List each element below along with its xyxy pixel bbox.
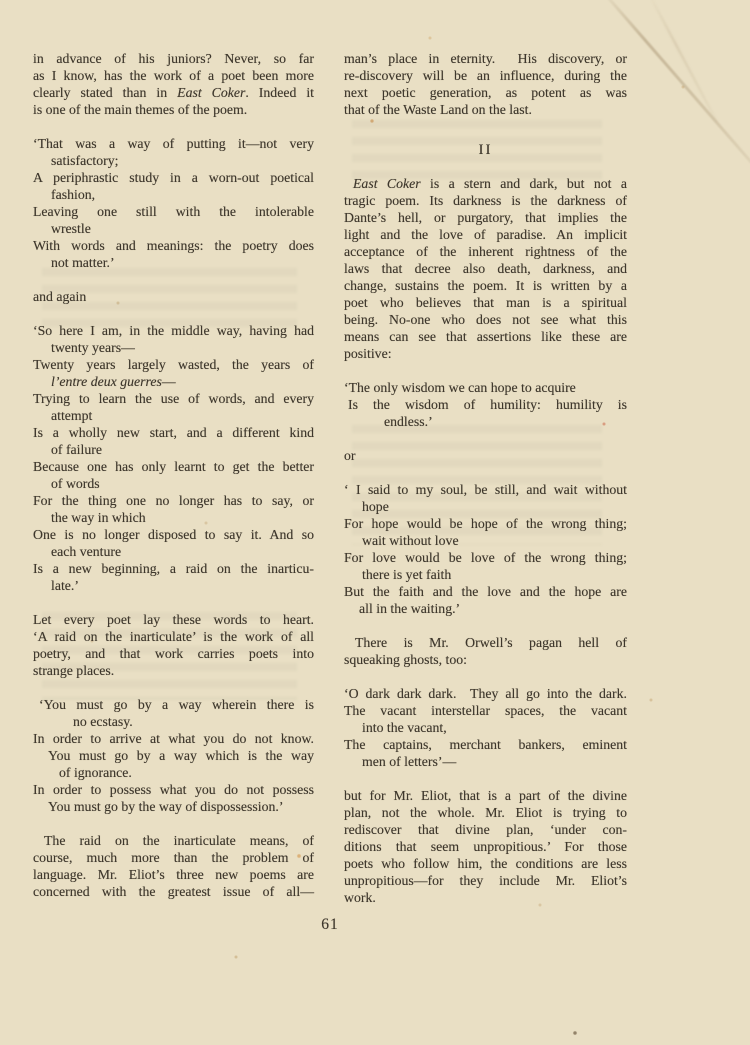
text-line: is one of the main themes of the poem. xyxy=(33,101,314,118)
text-line: late.’ xyxy=(33,577,314,594)
verse-quote: ‘You must go by a way wherein there isno… xyxy=(33,696,314,815)
text-line: all in the waiting.’ xyxy=(344,600,627,617)
page-number: 61 xyxy=(33,916,627,934)
text-line: In order to possess what you do not poss… xyxy=(33,781,314,798)
text-line: East Coker is a stern and dark, but not … xyxy=(344,175,627,192)
text-line: But the faith and the love and the hope … xyxy=(344,583,627,600)
text-line: endless.’ xyxy=(344,413,627,430)
text-line: Twenty years largely wasted, the years o… xyxy=(33,356,314,373)
verse-quote: ‘That was a way of putting it—not verysa… xyxy=(33,135,314,271)
text-line: no ecstasy. xyxy=(33,713,314,730)
paper-crease-secondary xyxy=(646,0,718,123)
text-line: clearly stated than in East Coker. Indee… xyxy=(33,84,314,101)
text-line: plan, not the whole. Mr. Eliot is trying… xyxy=(344,804,627,821)
text-line: Because one has only learnt to get the b… xyxy=(33,458,314,475)
text-line: means can see that assertions like these… xyxy=(344,328,627,345)
verse-quote: ‘So here I am, in the middle way, having… xyxy=(33,322,314,594)
text-line: For hope would be hope of the wrong thin… xyxy=(344,515,627,532)
text-line: A periphrastic study in a worn-out poeti… xyxy=(33,169,314,186)
text-line: For love would be love of the wrong thin… xyxy=(344,549,627,566)
text-line: poets who follow him, the conditions are… xyxy=(344,855,627,872)
text-line: Leaving one still with the intolerable xyxy=(33,203,314,220)
paragraph: man’s place in eternity. His discovery, … xyxy=(344,50,627,118)
text-line: poet who believes that man is a spiritua… xyxy=(344,294,627,311)
text-line: in advance of his juniors? Never, so far xyxy=(33,50,314,67)
text-line: One is no longer disposed to say it. And… xyxy=(33,526,314,543)
text-line: Let every poet lay these words to heart. xyxy=(33,611,314,628)
column-left: in advance of his juniors? Never, so far… xyxy=(33,50,314,900)
text-line: acceptance of the inherent rightness of … xyxy=(344,243,627,260)
text-line: ‘That was a way of putting it—not very xyxy=(33,135,314,152)
book-page: in advance of his juniors? Never, so far… xyxy=(0,0,750,1045)
text-line: man’s place in eternity. His discovery, … xyxy=(344,50,627,67)
verse-quote: ‘ I said to my soul, be still, and wait … xyxy=(344,481,627,617)
text-line: ‘So here I am, in the middle way, having… xyxy=(33,322,314,339)
text-line: and again xyxy=(33,288,314,305)
paragraph: but for Mr. Eliot, that is a part of the… xyxy=(344,787,627,906)
text-line: attempt xyxy=(33,407,314,424)
text-line: Is a wholly new start, and a different k… xyxy=(33,424,314,441)
text-line: squeaking ghosts, too: xyxy=(344,651,627,668)
text-line: strange places. xyxy=(33,662,314,679)
text-line: II xyxy=(344,142,627,159)
paragraph: The raid on the inarticulate means, ofco… xyxy=(33,832,314,900)
section-heading: II xyxy=(344,142,627,159)
text-line: wait without love xyxy=(344,532,627,549)
text-line: ditions that seem unpropitious.’ For tho… xyxy=(344,838,627,855)
text-line: The captains, merchant bankers, eminent xyxy=(344,736,627,753)
column-right: man’s place in eternity. His discovery, … xyxy=(344,50,627,906)
text-line: Dante’s hell, or purgatory, that implies… xyxy=(344,209,627,226)
text-line: There is Mr. Orwell’s pagan hell of xyxy=(344,634,627,651)
text-line: laws that decree also death, darkness, a… xyxy=(344,260,627,277)
text-line: ‘ I said to my soul, be still, and wait … xyxy=(344,481,627,498)
text-line: change, sustains the poem. It is written… xyxy=(344,277,627,294)
text-line: concerned with the greatest issue of all… xyxy=(33,883,314,900)
verse-quote: ‘The only wisdom we can hope to acquireI… xyxy=(344,379,627,430)
text-line: there is yet faith xyxy=(344,566,627,583)
text-line: fashion, xyxy=(33,186,314,203)
text-line: Trying to learn the use of words, and ev… xyxy=(33,390,314,407)
text-line: ‘You must go by a way wherein there is xyxy=(33,696,314,713)
text-line: not matter.’ xyxy=(33,254,314,271)
text-line: but for Mr. Eliot, that is a part of the… xyxy=(344,787,627,804)
text-line: work. xyxy=(344,889,627,906)
text-line: the way in which xyxy=(33,509,314,526)
text-line: next poetic generation, as potent as was xyxy=(344,84,627,101)
text-line: of failure xyxy=(33,441,314,458)
text-line: course, much more than the problem of xyxy=(33,849,314,866)
text-line: being. No-one who does not see what this xyxy=(344,311,627,328)
text-line: In order to arrive at what you do not kn… xyxy=(33,730,314,747)
text-line: Is a new beginning, a raid on the inarti… xyxy=(33,560,314,577)
text-line: Is the wisdom of humility: humility is xyxy=(344,396,627,413)
text-line: poetry, and that work carries poets into xyxy=(33,645,314,662)
text-line: l’entre deux guerres— xyxy=(33,373,314,390)
text-line: of words xyxy=(33,475,314,492)
paragraph: There is Mr. Orwell’s pagan hell ofsquea… xyxy=(344,634,627,668)
text-line: positive: xyxy=(344,345,627,362)
text-line: ‘O dark dark dark. They all go into the … xyxy=(344,685,627,702)
text-line: satisfactory; xyxy=(33,152,314,169)
verse-quote: ‘O dark dark dark. They all go into the … xyxy=(344,685,627,770)
paragraph: in advance of his juniors? Never, so far… xyxy=(33,50,314,118)
text-line: For the thing one no longer has to say, … xyxy=(33,492,314,509)
connector-label: and again xyxy=(33,288,314,305)
paragraph: Let every poet lay these words to heart.… xyxy=(33,611,314,679)
text-line: unpropitious—for they include Mr. Eliot’… xyxy=(344,872,627,889)
paragraph: East Coker is a stern and dark, but not … xyxy=(344,175,627,362)
text-line: into the vacant, xyxy=(344,719,627,736)
text-line: men of letters’— xyxy=(344,753,627,770)
text-line: rediscover that divine plan, ‘under con- xyxy=(344,821,627,838)
text-line: each venture xyxy=(33,543,314,560)
text-line: language. Mr. Eliot’s three new poems ar… xyxy=(33,866,314,883)
text-line: tragic poem. Its darkness is the darknes… xyxy=(344,192,627,209)
text-line: that of the Waste Land on the last. xyxy=(344,101,627,118)
connector-label: or xyxy=(344,447,627,464)
text-line: wrestle xyxy=(33,220,314,237)
text-line: hope xyxy=(344,498,627,515)
text-line: You must go by the way of dispossession.… xyxy=(33,798,314,815)
text-line: With words and meanings: the poetry does xyxy=(33,237,314,254)
text-line: as I know, has the work of a poet been m… xyxy=(33,67,314,84)
text-line: ‘A raid on the inarticulate’ is the work… xyxy=(33,628,314,645)
text-line: light and the love of paradise. An impli… xyxy=(344,226,627,243)
text-line: ‘The only wisdom we can hope to acquire xyxy=(344,379,627,396)
text-line: The raid on the inarticulate means, of xyxy=(33,832,314,849)
text-line: You must go by a way which is the way xyxy=(33,747,314,764)
text-line: re-discovery will be an influence, durin… xyxy=(344,67,627,84)
text-line: The vacant interstellar spaces, the vaca… xyxy=(344,702,627,719)
text-line: twenty years— xyxy=(33,339,314,356)
text-line: of ignorance. xyxy=(33,764,314,781)
text-line: or xyxy=(344,447,627,464)
